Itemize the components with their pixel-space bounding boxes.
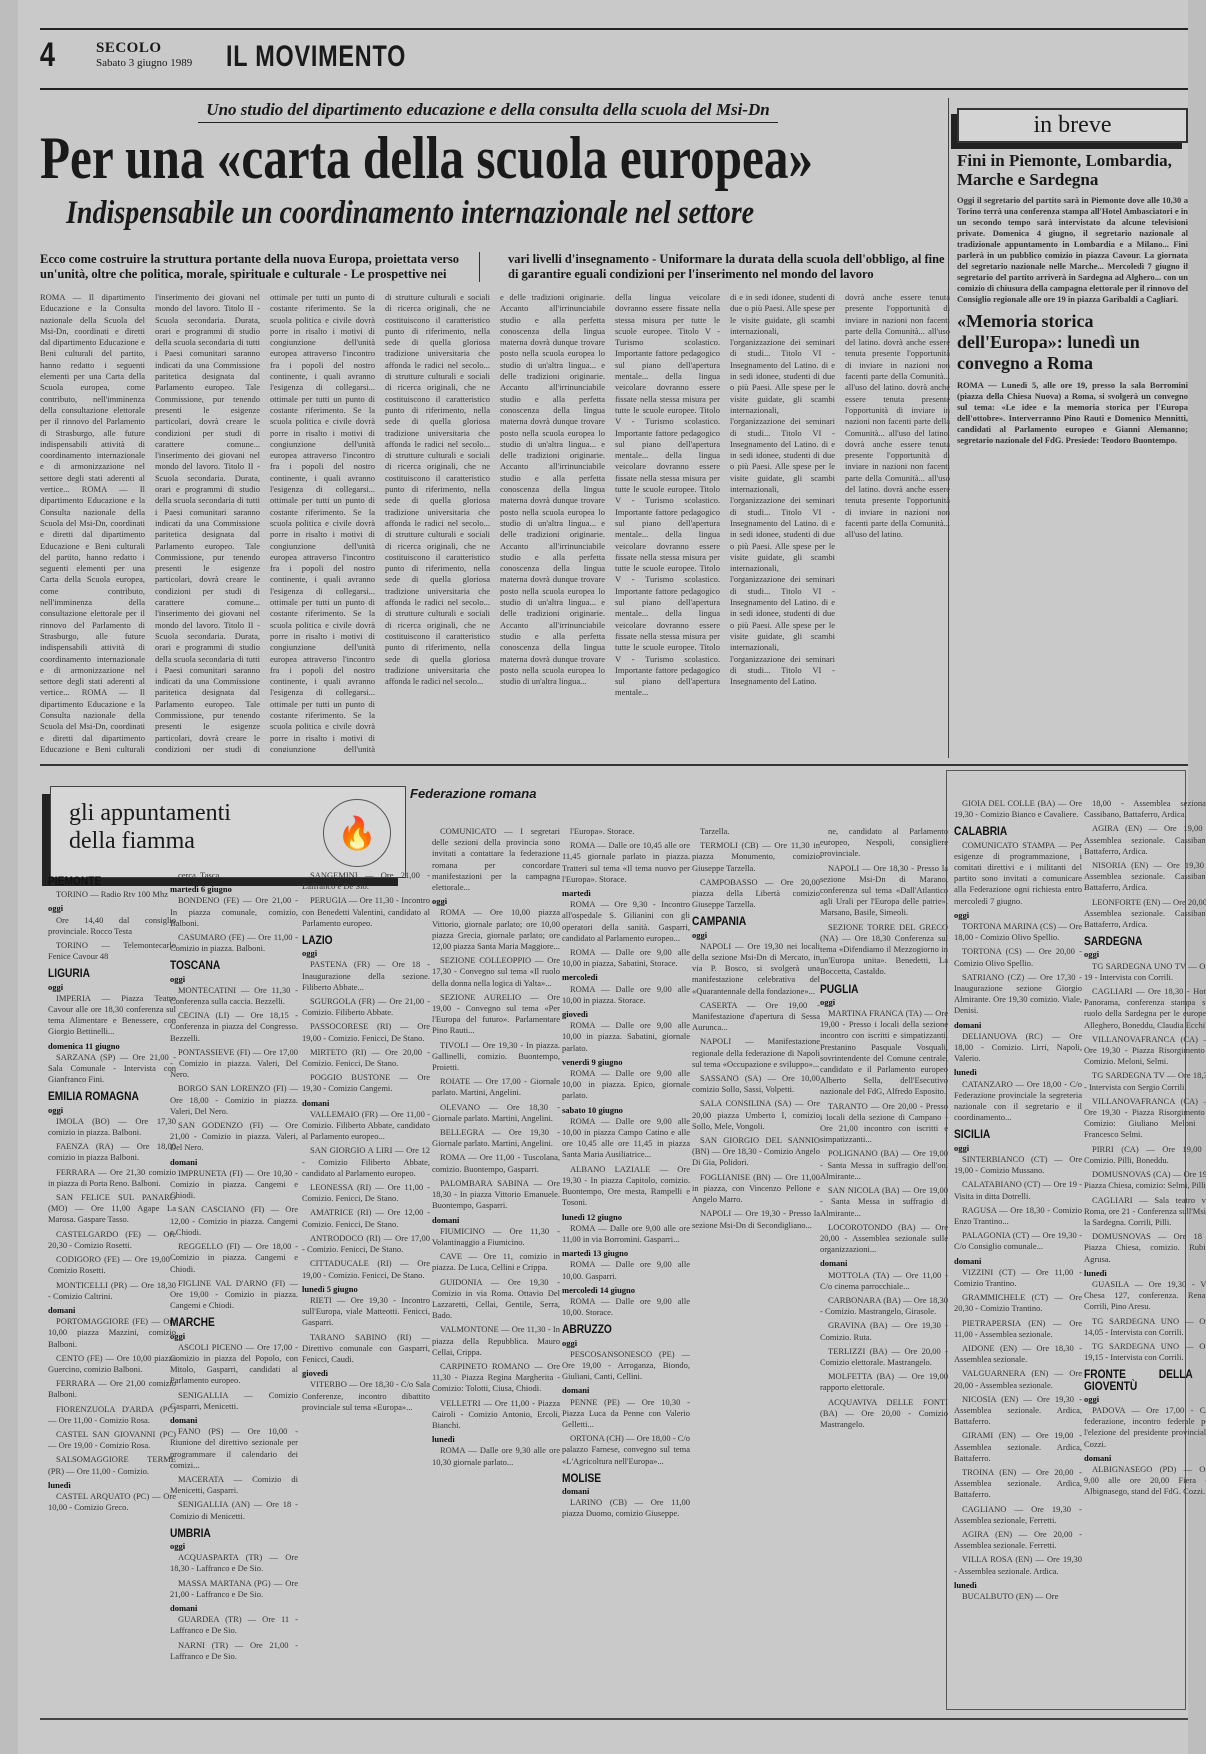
day-label: oggi [954,910,1082,921]
day-label: oggi [1084,1394,1206,1405]
summary-right: vari livelli d'insegnamento - Uniformare… [508,252,948,282]
event-entry: OLEVANO — Ore 18,30 - Giornale parlato. … [432,1102,560,1124]
event-entry: CODIGORO (FE) — Ore 19,00 - Comizio Rose… [48,1254,176,1276]
region-heading: PUGLIA [820,984,929,995]
day-label: martedì 13 giugno [562,1248,690,1259]
event-entry: CASERTA — Ore 19,00 - Manifestazione d'a… [692,1000,820,1034]
event-entry: SARZANA (SP) — Ore 21,00 - Sala Comunale… [48,1052,176,1086]
event-entry: ROMA — Dalle ore 9,30 alle ore 10,30 gio… [432,1445,560,1467]
sidebar-story2-text: ROMA — Lunedì 5, alle ore 19, presso la … [957,380,1188,446]
agenda-column: 18,00 - Assemblea sezionale Cassibano, B… [1084,790,1206,1730]
top-rule [40,28,1188,30]
event-entry: ROMA — Dalle ore 10,45 alle ore 11,45 gi… [562,840,690,885]
event-entry: MOTTOLA (TA) — Ore 11,00 - C/o cinema pa… [820,1270,948,1292]
event-entry: MONTICELLI (PR) — Ore 18,30 - Comizio Ca… [48,1280,176,1302]
event-entry: TERMOLI (CB) — Ore 11,30 in piazza Monum… [692,840,820,874]
event-entry: CITTADUCALE (RI) — Ore 19,00 - Comizio. … [302,1258,430,1280]
day-label: lunedì [1084,1268,1206,1279]
event-entry: ROMA — Dalle ore 9,00 alle 10,00. Storac… [562,1296,690,1318]
event-entry: VELLETRI — Ore 11,00 - Piazza Cairoli - … [432,1398,560,1432]
appuntamenti-title-line1: gli appuntamenti [69,799,231,827]
event-entry: Tarzella. [692,826,820,837]
day-label: oggi [562,1338,690,1349]
event-entry: VILLANOVAFRANCA (CA) — Ore 19,30 - Piazz… [1084,1096,1206,1141]
region-heading: TOSCANA [170,960,279,971]
event-entry: PASSOCORESE (RI) — Ore 19,00 - Comizio. … [302,1021,430,1043]
day-label: oggi [820,997,948,1008]
day-label: domani [48,1305,176,1316]
event-entry: AGIRA (EN) — Ore 20,00 - Assemblea sezio… [954,1529,1082,1551]
event-entry: FIORENZUOLA D'ARDA (PC) — Ore 11,00 - Co… [48,1404,176,1426]
event-entry: PIETRAPERSIA (EN) — Ore 11,00 - Assemble… [954,1318,1082,1340]
event-entry: COMUNICATO STAMPA — Per esigenze di prog… [954,840,1082,907]
event-entry: AIDONE (EN) — Ore 18,30 - Assemblea sezi… [954,1343,1082,1365]
event-entry: CAVE — Ore 11, comizio in piazza. De Luc… [432,1251,560,1273]
event-entry: IMOLA (BO) — Ore 17,30 comizio in piazza… [48,1116,176,1138]
event-entry: ROMA — Dalle ore 9,00 alle 10,00. Gaspar… [562,1259,690,1281]
article-column: di strutture culturali e sociali di rice… [385,292,490,752]
event-entry: RAGUSA — Ore 18,30 - Comizio Enzo Tranti… [954,1205,1082,1227]
event-entry: IMPERIA — Piazza Teatro Cavour alle ore … [48,993,176,1038]
event-entry: NAPOLI — Ore 19,30 - Presso la sezione M… [692,1208,820,1230]
event-entry: TG SARDEGNA TV — Ore 18,30 - Intervista … [1084,1070,1206,1092]
event-entry: CATANZARO — Ore 18,00 - C/o Federazione … [954,1079,1082,1124]
event-entry: ROMA — Dalle ore 9,00 alle 10,00 in piaz… [562,947,690,969]
event-entry: CASTEL SAN GIOVANNI (PC) — Ore 19,00 - C… [48,1429,176,1451]
event-entry: LARINO (CB) — Ore 11,00 piazza Duomo, co… [562,1497,690,1519]
day-label: mercoledì 14 giugno [562,1285,690,1296]
region-heading: LIGURIA [48,968,157,979]
day-label: domani [562,1486,690,1497]
event-entry: SAN GIORGIO A LIRI — Ore 12 - Comizio Fi… [302,1145,430,1179]
event-entry: CARPINETO ROMANO — Ore 11,30 - Piazza Re… [432,1361,560,1395]
event-entry: SASSANO (SA) — Ore 10,00 comizio Sollo, … [692,1073,820,1095]
article-column: della lingua veicolare dovranno essere f… [615,292,720,752]
event-entry: VALGUARNERA (EN) — Ore 20,00 - Assemblea… [954,1368,1082,1390]
section-title: IL MOVIMENTO [226,40,406,74]
event-entry: RIETI — Ore 19,30 - Incontro sull'Europa… [302,1295,430,1329]
event-entry: VITERBO — Ore 18,30 - C/o Sala Conferenz… [302,1379,430,1413]
event-entry: PIRRI (CA) — Ore 19,00 - Comizio. Pilli,… [1084,1144,1206,1166]
day-label: oggi [170,1331,298,1342]
event-entry: CAGLIANO — Ore 19,30 - Assemblea seziona… [954,1504,1082,1526]
event-entry: DOMUSNOVAS (CA) — Ore 19 - Piazza Chiesa… [1084,1169,1206,1191]
event-entry: ROMA — Ore 10,00 piazza Vittorio, giorna… [432,907,560,952]
event-entry: GIOIA DEL COLLE (BA) — Ore 19,30 - Comiz… [954,798,1082,820]
event-entry: TARANO SABINO (RI) — Direttivo comunale … [302,1332,430,1366]
event-entry: SAN GIORGIO DEL SANNIO (BN) — Ore 18,30 … [692,1135,820,1169]
region-heading: MOLISE [562,1473,671,1484]
event-entry: ROMA — Dalle ore 9,00 alle ore 11,00 in … [562,1223,690,1245]
day-label: domani [1084,1453,1206,1464]
event-entry: PORTOMAGGIORE (FE) — Ore 10,00 piazza Ma… [48,1316,176,1350]
event-entry: TERLIZZI (BA) — Ore 20,00 - Comizio elet… [820,1346,948,1368]
day-label: lunedì [432,1434,560,1445]
masthead: SECOLO Sabato 3 giugno 1989 [96,40,192,69]
day-label: giovedì [562,1009,690,1020]
event-entry: POLIGNANO (BA) — Ore 19,00 - Santa Messa… [820,1148,948,1182]
day-label: lunedì 5 giugno [302,1284,430,1295]
event-entry: TORINO — Telemontecarlo Fenice Cavour 48 [48,940,176,962]
bottom-rule [40,1718,1188,1720]
agenda-column: GIOIA DEL COLLE (BA) — Ore 19,30 - Comiz… [954,790,1082,1730]
event-entry: TORINO — Radio Rtv 100 Mhz [48,889,176,900]
day-label: oggi [692,930,820,941]
region-heading: CALABRIA [954,826,1063,837]
event-entry: MARTINA FRANCA (TA) — Ore 19,00 - Presso… [820,1008,948,1098]
event-entry: GRAMMICHELE (CT) — Ore 20,30 - Comizio T… [954,1292,1082,1314]
event-entry: SAN FELICE SUL PANARO (MO) — Ore 11,00 A… [48,1192,176,1226]
event-entry: PERUGIA — Ore 11,30 - Incontro con Bened… [302,895,430,929]
event-entry: ROMA — Dalle ore 9,00 alle 10,00 in piaz… [562,1020,690,1054]
day-label: lunedì 12 giugno [562,1212,690,1223]
article-kicker: Uno studio del dipartimento educazione e… [198,100,778,123]
region-heading: CAMPANIA [692,916,801,927]
event-entry: AMATRICE (RI) — Ore 12,00 - Comizio. Fen… [302,1207,430,1229]
event-entry: SEZIONE TORRE DEL GRECO (NA) — Ore 18,30… [820,922,948,978]
event-entry: ROMA — Ore 11,00 - Tuscolana, comizio. B… [432,1152,560,1174]
event-entry: SATRIANO (CZ) — Ore 17,30 - Inaugurazion… [954,972,1082,1017]
page-number: 4 [40,36,55,75]
day-label: giovedì [302,1368,430,1379]
newspaper-page: 4 SECOLO Sabato 3 giugno 1989 IL MOVIMEN… [18,0,1188,1754]
summary-left: Ecco come costruire la struttura portant… [40,252,480,282]
event-entry: PASTENA (FR) — Ore 18 - Inaugurazione de… [302,959,430,993]
agenda-column: Tarzella.TERMOLI (CB) — Ore 11,30 in pia… [692,790,820,1730]
event-entry: ACQUASPARTA (TR) — Ore 18,30 - Laffranco… [170,1552,298,1574]
event-entry: SALA CONSILINA (SA) — Ore 20,00 piazza U… [692,1098,820,1132]
event-entry: PALOMBARA SABINA — Ore 18,30 - In piazza… [432,1178,560,1212]
event-entry: LOCOROTONDO (BA) — Ore 20,00 - Assemblea… [820,1222,948,1256]
region-heading: UMBRIA [170,1528,279,1539]
day-label: domani [170,1603,298,1614]
event-entry: CASTELGARDO (FE) — Ore 20,30 - Comizio R… [48,1229,176,1251]
event-entry: SGURGOLA (FR) — Ore 21,00 - Comizio. Fil… [302,996,430,1018]
event-entry: BUCALBUTO (EN) — Ore [954,1591,1082,1602]
event-entry: CARBONARA (BA) — Ore 18,30 - Comizio. Ma… [820,1295,948,1317]
event-entry: cerca, Tasca. [170,870,298,881]
event-entry: VALMONTONE — Ore 11,30 - In piazza della… [432,1324,560,1358]
appuntamenti-title: gli appuntamenti della fiamma [69,799,231,855]
sidebar-story-text: Oggi il segretario del partito sarà in P… [957,195,1188,305]
event-entry: DOMUSNOVAS — Ore 18 - Piazza Chiesa, com… [1084,1231,1206,1265]
event-entry: SENIGALLIA — Comizio Gasparri, Menicetti… [170,1390,298,1412]
event-entry: ACQUAVIVA DELLE FONTI (BA) — Ore 20,00 -… [820,1397,948,1431]
region-heading: LAZIO [302,935,411,946]
event-entry: Ore 14,40 dal consiglio provinciale. Roc… [48,915,176,937]
event-entry: FIUMICINO — Ore 11,30 - Volantinaggio a … [432,1226,560,1248]
event-entry: NAPOLI — Ore 19,30 nei locali della sezi… [692,941,820,997]
event-entry: MIRTETO (RI) — Ore 20,00 - Comizio. Feni… [302,1047,430,1069]
day-label: oggi [48,903,176,914]
event-entry: PESCOSANSONESCO (PE) — Ore 19,00 - Arrog… [562,1349,690,1383]
event-entry: CASTEL ARQUATO (PC) — Ore 10,00 - Comizi… [48,1491,176,1513]
event-entry: ALBANO LAZIALE — Ore 19,30 - In piazza C… [562,1164,690,1209]
agenda-column: COMUNICATO — I segretari delle sezioni d… [432,790,560,1730]
event-entry: SENIGALLIA (AN) — Ore 18 - Comizio di Me… [170,1499,298,1521]
event-entry: SAN CASCIANO (FI) — Ore 12,00 - Comizio … [170,1204,298,1238]
article-body: ROMA — Il dipartimento Educazione e la C… [40,292,950,752]
event-entry: DELIANUOVA (RC) — Ore 18,00 - Comizio. L… [954,1031,1082,1065]
event-entry: FERRARA — Ore 21,00 comizio Balboni. [48,1378,176,1400]
event-entry: CAMPOBASSO — Ore 20,00 piazza della Libe… [692,877,820,911]
event-entry: PENNE (PE) — Ore 10,30 - Piazza Luca da … [562,1397,690,1431]
event-entry: IMPRUNETA (FI) — Ore 10,30 - Comizio in … [170,1168,298,1202]
day-label: oggi [1084,949,1206,960]
event-entry: VALLEMAIO (FR) — Ore 11,00 - Comizio. Fi… [302,1109,430,1143]
event-entry: FAENZA (RA) — Ore 18,00 comizio in piazz… [48,1141,176,1163]
agenda-column: l'Europa». Storace.ROMA — Dalle ore 10,4… [562,790,690,1730]
event-entry: FOGLIANISE (BN) — Ore 11,00 in piazza, c… [692,1172,820,1206]
event-entry: NAPOLI — Ore 18,30 - Presso la sezione M… [820,863,948,919]
event-entry: BONDENO (FE) — Ore 21,00 - In piazza com… [170,895,298,929]
agenda-column: PIEMONTETORINO — Radio Rtv 100 MhzoggiOr… [48,870,176,1730]
flame-logo-icon: 🔥 [323,799,391,867]
event-entry: FANO (PS) — Ore 10,00 - Riunione del dir… [170,1426,298,1471]
event-entry: SALSOMAGGIORE TERME (PR) — Ore 11,00 - C… [48,1454,176,1476]
event-entry: CAGLIARI — Sala teatro via Roma, ore 21 … [1084,1195,1206,1229]
section-divider [40,764,1188,766]
appuntamenti-box: gli appuntamenti della fiamma 🔥 [50,786,406,878]
event-entry: NAPOLI — Manifestazione regionale della … [692,1036,820,1070]
article-column: ROMA — Il dipartimento Educazione e la C… [40,292,145,752]
event-entry: VILLA ROSA (EN) — Ore 19,30 - Assemblea … [954,1554,1082,1576]
day-label: domani [432,1215,560,1226]
event-entry: SAN NICOLA (BA) — Ore 19,00 - Santa Mess… [820,1185,948,1219]
day-label: oggi [48,982,176,993]
event-entry: LEONESSA (RI) — Ore 11,00 - Comizio. Fen… [302,1182,430,1204]
event-entry: REGGELLO (FI) — Ore 18,00 - Comizio in p… [170,1241,298,1275]
article-column: di e in sedi idonee, studenti di due o p… [730,292,835,752]
event-entry: BELLEGRA — Ore 19,30 - Giornale parlato.… [432,1127,560,1149]
event-entry: AGIRA (EN) — Ore 19,00 - Assemblea sezio… [1084,823,1206,857]
day-label: venerdì 9 giugno [562,1057,690,1068]
event-entry: NARNI (TR) — Ore 21,00 - Laffranco e De … [170,1640,298,1662]
in-breve-label: in breve [957,108,1188,143]
region-heading: MARCHE [170,1317,279,1328]
event-entry: ASCOLI PICENO — Ore 17,00 - Comizio in p… [170,1342,298,1387]
in-breve-sidebar: in breve Fini in Piemonte, Lombardia, Ma… [948,98,1188,758]
event-entry: FIGLINE VAL D'ARNO (FI) — Ore 19,00 - Co… [170,1278,298,1312]
region-heading: FRONTE DELLA GIOVENTÙ [1084,1369,1193,1391]
day-label: oggi [302,948,430,959]
day-label: oggi [170,974,298,985]
day-label: domani [954,1256,1082,1267]
event-entry: TORTONA (CS) — Ore 20,00 - Comizio Olivo… [954,946,1082,968]
event-entry: GRAVINA (BA) — Ore 19,30 - Comizio. Ruta… [820,1320,948,1342]
event-entry: COMUNICATO — I segretari delle sezioni d… [432,826,560,893]
event-entry: 18,00 - Assemblea sezionale Cassibano, B… [1084,798,1206,820]
article-column: dovrà anche essere tenuta presente l'opp… [845,292,950,752]
day-label: domani [954,1020,1082,1031]
event-entry: TIVOLI — Ore 19,30 - In piazza. Gallinel… [432,1040,560,1074]
event-entry: TORTONA MARINA (CS) — Ore 18,00 - Comizi… [954,921,1082,943]
event-entry: MOLFETTA (BA) — Ore 19,00 rapporto elett… [820,1371,948,1393]
event-entry: NICOSIA (EN) — Ore 19,30 - Assemblea sez… [954,1394,1082,1428]
region-heading: EMILIA ROMAGNA [48,1091,157,1102]
event-entry: ORTONA (CH) — Ore 18,00 - C/o palazzo Fa… [562,1433,690,1467]
event-entry: CECINA (LI) — Ore 18,15 - Conferenza in … [170,1010,298,1044]
region-heading: SARDEGNA [1084,936,1193,947]
article-column: e delle tradizioni originarie. Accanto a… [500,292,605,752]
event-entry: GUARDEA (TR) — Ore 11 - Laffranco e De S… [170,1614,298,1636]
event-entry: PADOVA — Ore 17,00 - C/o federazione, in… [1084,1405,1206,1450]
day-label: oggi [954,1143,1082,1154]
event-entry: ROIATE — Ore 17,00 - Giornale parlato. M… [432,1076,560,1098]
day-label: domani [820,1258,948,1269]
day-label: domenica 11 giugno [48,1041,176,1052]
event-entry: l'Europa». Storace. [562,826,690,837]
event-entry: ROMA — Ore 9,30 - Incontro all'ospedale … [562,899,690,944]
article-headline: Per una «carta della scuola europea» [40,124,794,193]
event-entry: ROMA — Dalle ore 9,00 alle 10,00 in piaz… [562,984,690,1006]
event-entry: POGGIO BUSTONE — Ore 19,30 - Comizio Can… [302,1072,430,1094]
agenda-column: cerca, Tasca.martedì 6 giugnoBONDENO (FE… [170,870,298,1730]
day-label: lunedì [954,1067,1082,1078]
event-entry: SINTERBIANCO (CT) — Ore 19,00 - Comizio … [954,1154,1082,1176]
sidebar-story2-title: «Memoria storica dell'Europa»: lunedì un… [957,311,1188,374]
event-entry: CAGLIARI — Ore 18,30 - Hotel Panorama, c… [1084,986,1206,1031]
day-label: domani [170,1157,298,1168]
event-entry: PALAGONIA (CT) — Ore 19,30 - C/o Consigl… [954,1230,1082,1252]
event-entry: CASUMARO (FE) — Ore 11,00 - Comizio in p… [170,932,298,954]
event-entry: ALBIGNASEGO (PD) — Ore 9,00 alle ore 20,… [1084,1464,1206,1498]
day-label: lunedì [954,1580,1082,1591]
event-entry: SAN GODENZO (FI) — Ore 21,00 - Comizio i… [170,1120,298,1154]
event-entry: MACERATA — Comizio di Menicetti, Gasparr… [170,1474,298,1496]
day-label: domani [170,1415,298,1426]
article-subhead: Indispensabile un coordinamento internaz… [66,195,831,232]
event-entry: CENTO (FE) — Ore 10,00 piazza Guercino, … [48,1353,176,1375]
event-entry: SEZIONE AURELIO — Ore 19,00 - Convegno s… [432,992,560,1037]
event-entry: PONTASSIEVE (FI) — Ore 17,00 - Comizio i… [170,1047,298,1081]
day-label: oggi [432,896,560,907]
day-label: lunedì [48,1480,176,1491]
sidebar-story-title: Fini in Piemonte, Lombardia, Marche e Sa… [957,151,1188,189]
event-entry: NISORIA (EN) — Ore 19,30 - Assemblea sez… [1084,860,1206,894]
region-heading: ABRUZZO [562,1324,671,1335]
day-label: oggi [48,1105,176,1116]
region-heading: PIEMONTE [48,876,157,887]
event-entry: VIZZINI (CT) — Ore 11,00 - Comizio Trant… [954,1267,1082,1289]
event-entry: ANTRODOCO (RI) — Ore 17,00 - Comizio. Fe… [302,1233,430,1255]
agenda-columns: PIEMONTETORINO — Radio Rtv 100 MhzoggiOr… [40,870,1200,1730]
event-entry: GUIDONIA — Ore 19,30 - Comizio in via Ro… [432,1277,560,1322]
day-label: mercoledì [562,972,690,983]
day-label: martedì [562,888,690,899]
event-entry: ROMA — Dalle ore 9,00 alle 10,00 in piaz… [562,1116,690,1161]
event-entry: TARANTO — Ore 20,00 - Presso i locali de… [820,1101,948,1146]
event-entry: GIRAMI (EN) — Ore 19,00 - Assemblea sezi… [954,1430,1082,1464]
event-entry: ROMA — Dalle ore 9,00 alle 10,00 in piaz… [562,1068,690,1102]
day-label: domani [562,1385,690,1396]
day-label: oggi [170,1541,298,1552]
event-entry: TG SARDEGNA UNO — Ore 19,15 - Intervista… [1084,1341,1206,1363]
event-entry: MONTECATINI — Ore 11,30 - Conferenza sul… [170,985,298,1007]
event-entry: LEONFORTE (EN) — Ore 20,00 - Assemblea s… [1084,897,1206,931]
event-entry: SANGEMINI — Ore 21,00 - Laffranco e De S… [302,870,430,892]
event-entry: VILLANOVAFRANCA (CA) — Ore 19,30 - Piazz… [1084,1034,1206,1068]
issue-date: Sabato 3 giugno 1989 [96,57,192,69]
agenda-column: SANGEMINI — Ore 21,00 - Laffranco e De S… [302,870,430,1730]
day-label: sabato 10 giugno [562,1105,690,1116]
event-entry: FERRARA — Ore 21,30 comizio in piazza di… [48,1167,176,1189]
event-entry: MASSA MARTANA (PG) — Ore 21,00 - Laffran… [170,1578,298,1600]
newspaper-brand: SECOLO [96,40,192,57]
event-entry: SEZIONE COLLEOPPIO — Ore 17,30 - Convegn… [432,955,560,989]
region-heading: SICILIA [954,1129,1063,1140]
event-entry: TG SARDEGNA UNO TV — Ore 19 - Intervista… [1084,961,1206,983]
article-column: ottimale per tutti un punto di costante … [270,292,375,752]
masthead-rule [40,88,1188,90]
day-label: martedì 6 giugno [170,884,298,895]
event-entry: ne, candidato al Parlamento europeo, Nes… [820,826,948,860]
appuntamenti-title-line2: della fiamma [69,827,231,855]
event-entry: CALATABIANO (CT) — Ore 19 - Visita in di… [954,1179,1082,1201]
event-entry: BORGO SAN LORENZO (FI) — Ore 18,00 - Com… [170,1083,298,1117]
event-entry: GUASILA — Ore 19,30 - Via Chesa 127, con… [1084,1279,1206,1313]
article-column: l'inserimento dei giovani nel mondo del … [155,292,260,752]
day-label: domani [302,1098,430,1109]
event-entry: TG SARDEGNA UNO — Ore 14,05 - Intervista… [1084,1316,1206,1338]
agenda-column: ne, candidato al Parlamento europeo, Nes… [820,790,948,1730]
event-entry: TROINA (EN) — Ore 20,00 - Assemblea sezi… [954,1467,1082,1501]
